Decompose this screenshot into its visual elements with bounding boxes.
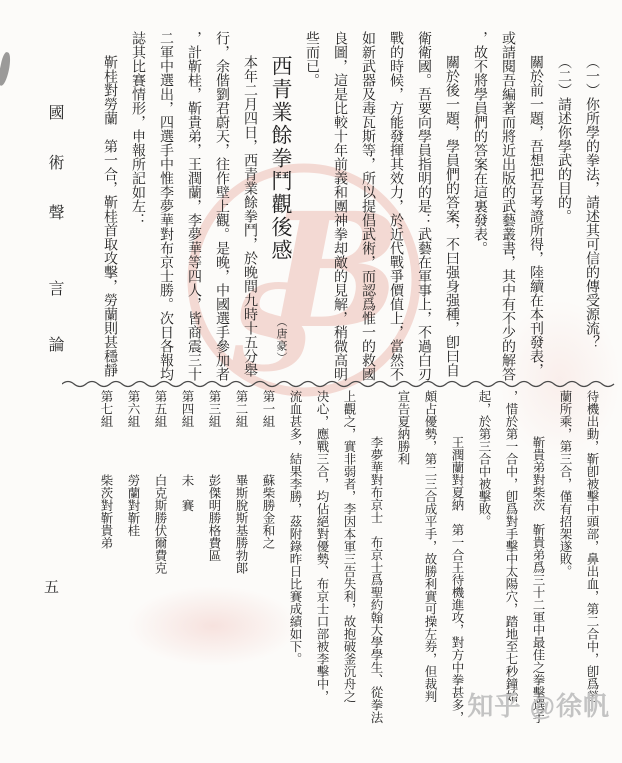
article-title-column: 西青業餘拳鬥觀後感（唐豪）: [264, 31, 298, 411]
scanned-journal-page: B S （一）你所學的拳法，請述其可信的傳受源流？ （二）請述你學武的目的。 關…: [0, 0, 622, 763]
text-column: 如新武器及毒瓦斯等，所以提倡武術，而認爲惟一的救國: [354, 31, 382, 387]
group-label: 第七組: [99, 390, 114, 428]
text-column: ，故不將學員們的答案在這裏發表。: [466, 31, 494, 387]
text-column: 决心，應戰三合，均佔絕對優勢、布京士口部被李擊中，: [309, 390, 336, 724]
text-column: 關於後一題，學員們的答案，不曰强身强種，卽曰自: [438, 31, 466, 411]
text-column: ，計靳桂，靳貴弟，王潤蘭，李夢華等四人，皆商震三十: [180, 31, 208, 387]
text-column: 待機出動，靳卽被擊中頭部，鼻出血，第二合中，卽爲勞: [579, 390, 606, 724]
text-column: 些而已。: [298, 31, 326, 387]
group-result: 蘇柴勝金和之: [261, 474, 276, 549]
text-column: 流血甚多，結果李勝，茲附錄昨日比賽成績如下。: [282, 390, 309, 724]
journal-title: 國術聲: [46, 104, 65, 254]
article-title: 西青業餘拳鬥觀後感: [269, 55, 293, 262]
group-label: 第一組: [261, 390, 276, 428]
text-column: 頗占優勢，第二三合成平手，故勝利實可操左券，但裁判: [417, 390, 444, 724]
text-column: 李夢華對布京士 布京士爲聖約翰大學學生、從拳法: [363, 390, 390, 763]
bottom-text-block: 待機出動，靳卽被擊中頭部，鼻出血，第二合中，卽爲勞 蘭所乘，第三合，僅有招架遂敗…: [93, 390, 606, 724]
section-label: 言論: [46, 280, 65, 392]
text-column: 衛衛國。吾要向學員指明的是：武藝在軍事上，不過白刃: [410, 31, 438, 387]
group-label: 第三組: [207, 390, 222, 428]
text-column: 上觀之，實非弱者，李因本軍三告失利，故抱破釜沉舟之: [336, 390, 363, 724]
journal-title-strip: 國術聲言論: [40, 104, 70, 434]
result-item: 第六組勞蘭對靳桂: [120, 390, 147, 724]
group-result: 勞蘭對靳桂: [126, 474, 141, 537]
text-column: 戰的時候，方能發揮其效力，於近代戰爭價值上，當然不: [382, 31, 410, 387]
group-result: 未 賽: [180, 474, 195, 512]
text-column: 關於前一題，吾想把吾考證所得，陸續在本刊發表，: [522, 31, 550, 411]
group-result: 彭傑明勝格費區: [207, 474, 222, 562]
result-item: 第七組柴茨對靳貴弟: [93, 390, 120, 724]
text-column: 或請閱吾編著而將近出版的武藝叢書，其中有不少的解答: [494, 31, 522, 387]
zhihu-watermark: 知乎 @徐帆: [467, 686, 610, 723]
result-item: 第五組白克斯勝伏爾費克: [147, 390, 174, 724]
text-column: 宣告夏納勝利: [390, 390, 417, 724]
text-column: 行，余偕劉君蔚天，往作壁上觀。是晚，中國選手參加者: [208, 31, 236, 387]
text-column: （二）請述你學武的目的。: [550, 31, 578, 411]
text-column: 誌其比賽情形，申報所記如左：: [124, 31, 152, 387]
group-result: 白克斯勝伏爾費克: [153, 474, 168, 574]
top-text-block: （一）你所學的拳法，請述其可信的傳受源流？ （二）請述你學武的目的。 關於前一題…: [96, 31, 606, 387]
group-label: 第五組: [153, 390, 168, 428]
article-author: （唐豪）: [275, 316, 288, 364]
group-result: 畢斯脫斯基勝勃郞: [234, 474, 249, 574]
text-column: 二軍中選出，四選手中惟李夢華對布京士勝。次日各報均: [152, 31, 180, 387]
group-result: 柴茨對靳貴弟: [99, 474, 114, 549]
scan-edge-smudge: [0, 51, 12, 86]
group-label: 第二組: [234, 390, 249, 428]
result-item: 第二組畢斯脫斯基勝勃郞: [228, 390, 255, 724]
text-column: 起，於第三合中被擊敗。: [471, 390, 498, 724]
group-label: 第四組: [180, 390, 195, 428]
text-column: （一）你所學的拳法，請述其可信的傳受源流？: [578, 31, 606, 411]
text-column: 本年二月四日，西青業餘拳鬥，於晚間九時十五分舉: [236, 31, 264, 411]
group-label: 第六組: [126, 390, 141, 428]
text-column: ，惜於第一合中，卽爲對手擊中太陽穴，踏地至七秒鐘始: [498, 390, 525, 724]
text-column: 良圖，這是比較十年前義和團神拳却敵的見解，稍微高明: [326, 31, 354, 387]
result-item: 第一組蘇柴勝金和之: [255, 390, 282, 724]
text-column: 蘭所乘，第三合，僅有招架遂敗。: [552, 390, 579, 724]
result-item: 第三組彭傑明勝格費區: [201, 390, 228, 724]
wavy-divider: [62, 378, 618, 390]
page-number: 五: [44, 576, 59, 597]
text-column: 靳桂對勞蘭 第一合，靳桂首取攻擊，勞蘭則甚穩靜: [96, 31, 124, 411]
result-item: 第四組未 賽: [174, 390, 201, 724]
